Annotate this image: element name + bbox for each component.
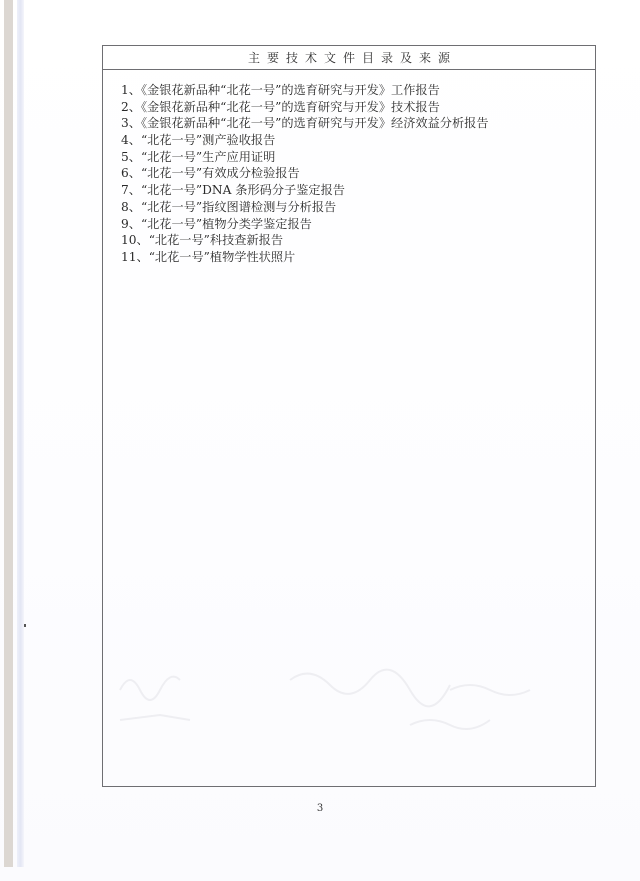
list-item: 4、“北花一号”测产验收报告	[121, 132, 595, 149]
list-item: 11、“北花一号”植物学性状照片	[121, 249, 595, 266]
list-item: 8、“北花一号”指纹图谱检测与分析报告	[121, 199, 595, 216]
list-item: 3、《金银花新品种“北花一号”的选育研究与开发》经济效益分析报告	[121, 115, 595, 132]
fold-mark	[24, 624, 26, 627]
scan-edge-strip	[4, 0, 13, 867]
list-item: 9、“北花一号”植物分类学鉴定报告	[121, 216, 595, 233]
list-item: 10、“北花一号”科技查新报告	[121, 232, 595, 249]
document-header: 主要技术文件目录及来源	[103, 46, 595, 70]
list-item: 7、“北花一号”DNA 条形码分子鉴定报告	[121, 182, 595, 199]
list-item: 1、《金银花新品种“北花一号”的选育研究与开发》工作报告	[121, 82, 595, 99]
scan-edge-line	[17, 0, 24, 867]
document-frame: 主要技术文件目录及来源 1、《金银花新品种“北花一号”的选育研究与开发》工作报告…	[102, 45, 596, 787]
scanned-page: 主要技术文件目录及来源 1、《金银花新品种“北花一号”的选育研究与开发》工作报告…	[0, 0, 640, 881]
page-number: 3	[0, 803, 640, 814]
list-item: 6、“北花一号”有效成分检验报告	[121, 165, 595, 182]
list-item: 5、“北花一号”生产应用证明	[121, 149, 595, 166]
document-list: 1、《金银花新品种“北花一号”的选育研究与开发》工作报告 2、《金银花新品种“北…	[103, 70, 595, 266]
document-title: 主要技术文件目录及来源	[241, 49, 457, 66]
list-item: 2、《金银花新品种“北花一号”的选育研究与开发》技术报告	[121, 99, 595, 116]
